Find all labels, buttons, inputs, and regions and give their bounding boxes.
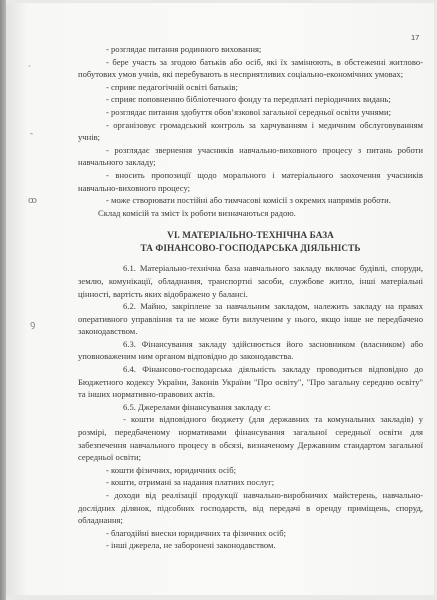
paragraph: - доходи від реалізації продукції навчал…	[78, 489, 423, 527]
paragraph: - розглядає звернення учасників навчальн…	[78, 144, 423, 169]
paragraph: - інші джерела, не заборонені законодавс…	[78, 539, 423, 552]
scan-mark: -	[30, 128, 33, 138]
paragraph: - бере участь за згодою батьків або осіб…	[78, 56, 423, 81]
paragraph: - кошти, отримані за надання платних пос…	[78, 476, 423, 489]
paragraph: - може створювати постійні або тимчасові…	[78, 194, 423, 207]
document-page: ˎ - ꝏ ꝯ 17 - розглядає питання родинного…	[6, 3, 434, 595]
paragraph: 6.3. Фінансування закладу здійснюється й…	[78, 338, 423, 363]
page-number: 17	[411, 33, 419, 42]
paragraph: 6.5. Джерелами фінансування закладу є:	[78, 401, 423, 414]
paragraph: - сприяє поповненню бібліотечного фонду …	[78, 93, 423, 106]
paragraph: 6.2. Майно, закріплене за навчальним зак…	[78, 300, 423, 338]
paragraph: - організовує громадський контроль за ха…	[78, 119, 423, 144]
document-body: - розглядає питання родинного виховання;…	[78, 43, 423, 552]
section-heading-line1: VI. МАТЕРІАЛЬНО-ТЕХНІЧНА БАЗА	[167, 230, 334, 240]
paragraph: - вносить пропозиції щодо морального і м…	[78, 169, 423, 194]
paragraph: - благодійні внески юридичних та фізични…	[78, 527, 423, 540]
paragraph: Склад комісій та зміст їх роботи визнача…	[78, 207, 423, 220]
section-heading-line2: ТА ФІНАНСОВО-ГОСПОДАРСЬКА ДІЯЛЬНІСТЬ	[140, 243, 360, 253]
paragraph: - розглядає питання здобуття обов’язково…	[78, 106, 423, 119]
paragraph: 6.1. Матеріально-технічна база навчально…	[78, 262, 423, 300]
scan-mark: ꝏ	[28, 195, 37, 206]
scan-mark: ꝯ	[30, 317, 35, 330]
paragraph: - кошти фізичних, юридичних осіб;	[78, 464, 423, 477]
paragraph: - кошти відповідного бюджету (для держав…	[78, 413, 423, 463]
paragraph: - розглядає питання родинного виховання;	[78, 43, 423, 56]
paragraph: 6.4. Фінансово-господарська діяльність з…	[78, 363, 423, 401]
paragraph: - сприяє педагогічній освіті батьків;	[78, 81, 423, 94]
scan-mark: ˎ	[28, 57, 31, 67]
section-heading: VI. МАТЕРІАЛЬНО-ТЕХНІЧНА БАЗА ТА ФІНАНСО…	[78, 229, 423, 254]
